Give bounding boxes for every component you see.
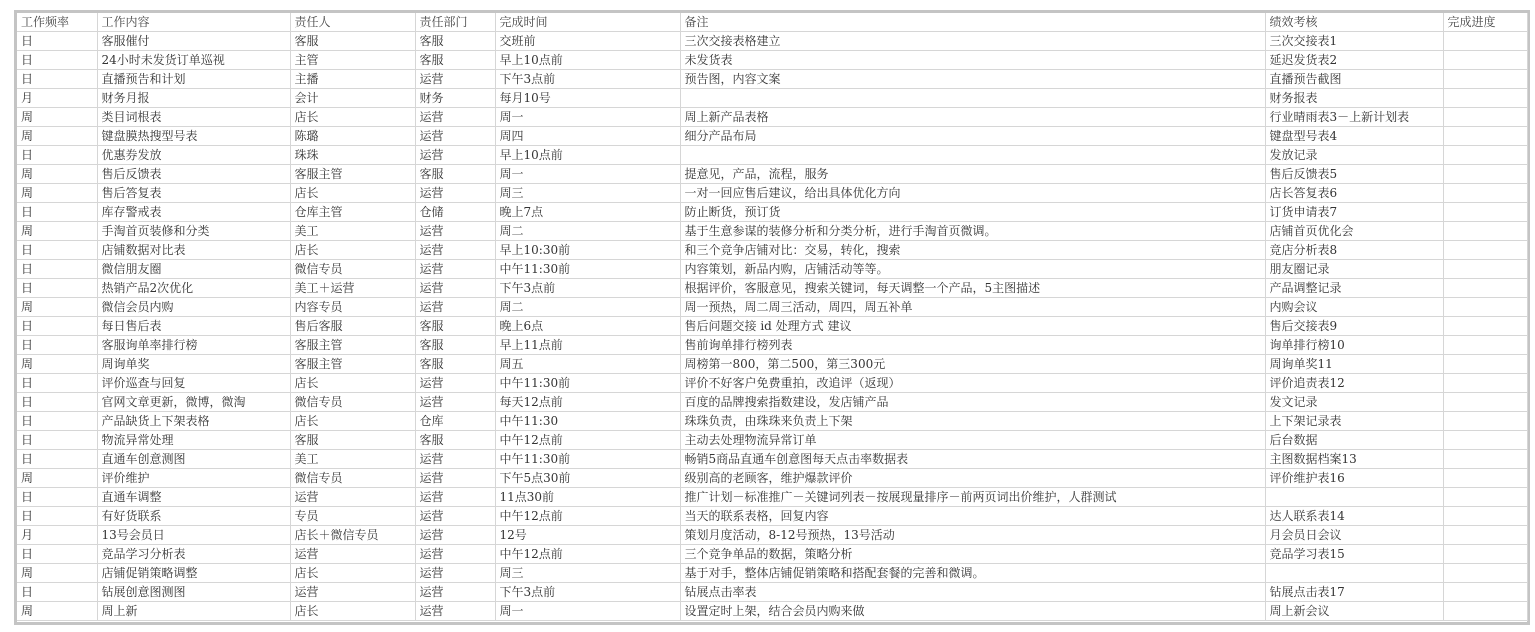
cell-notes[interactable]: 推广计划－标准推广－关键词列表－按展现量排序－前两页词出价维护，人群测试 [680,488,1265,507]
cell-owner[interactable]: 会计 [290,89,415,108]
cell-kpi[interactable]: 周询单奖11 [1265,355,1443,374]
cell-progress[interactable] [1443,488,1527,507]
cell-notes[interactable]: 当天的联系表格，回复内容 [680,507,1265,526]
table-row: 日直播预告和计划主播运营下午3点前预告图，内容文案直播预告截图 [17,70,1527,89]
cell-deadline[interactable]: 每月10号 [495,89,680,108]
cell-department[interactable]: 仓储 [415,203,495,222]
cell-deadline[interactable]: 周一 [495,165,680,184]
table-row: 日产品缺货上下架表格店长仓库中午11:30珠珠负责，由珠珠来负责上下架上下架记录… [17,412,1527,431]
cell-progress[interactable] [1443,564,1527,583]
cell-owner[interactable]: 店长 [290,108,415,127]
cell-department[interactable]: 运营 [415,564,495,583]
cell-kpi[interactable]: 月会员日会议 [1265,526,1443,545]
cell-progress[interactable] [1443,393,1527,412]
cell-task[interactable]: 每日售后表 [97,317,290,336]
cell-kpi[interactable]: 售后反馈表5 [1265,165,1443,184]
cell-owner[interactable]: 运营 [290,545,415,564]
cell-task[interactable]: 微信会员内购 [97,298,290,317]
cell-kpi[interactable]: 直播预告截图 [1265,70,1443,89]
cell-kpi[interactable] [1265,564,1443,583]
table-row: 周店铺促销策略调整店长运营周三基于对手，整体店铺促销策略和搭配套餐的完善和微调。 [17,564,1527,583]
table-row: 周售后反馈表客服主管客服周一提意见，产品，流程，服务售后反馈表5 [17,165,1527,184]
cell-deadline[interactable]: 晚上7点 [495,203,680,222]
cell-task[interactable]: 售后反馈表 [97,165,290,184]
cell-department[interactable]: 客服 [415,32,495,51]
cell-owner[interactable]: 微信专员 [290,469,415,488]
cell-frequency[interactable]: 周 [17,602,97,621]
cell-owner[interactable]: 运营 [290,488,415,507]
cell-kpi[interactable]: 评价追责表12 [1265,374,1443,393]
cell-notes[interactable]: 周榜第一800，第二500，第三300元 [680,355,1265,374]
cell-department[interactable]: 运营 [415,108,495,127]
cell-deadline[interactable]: 周二 [495,222,680,241]
cell-progress[interactable] [1443,184,1527,203]
cell-notes[interactable]: 细分产品布局 [680,127,1265,146]
table-row: 日客服催付客服客服交班前三次交接表格建立三次交接表1 [17,32,1527,51]
cell-kpi[interactable]: 主图数据档案13 [1265,450,1443,469]
cell-notes[interactable] [680,89,1265,108]
cell-department[interactable]: 运营 [415,70,495,89]
cell-notes[interactable]: 根据评价，客服意见，搜索关键词，每天调整一个产品，5主图描述 [680,279,1265,298]
table-row: 日库存警戒表仓库主管仓储晚上7点防止断货，预订货订货申请表7 [17,203,1527,222]
cell-task[interactable]: 直通车调整 [97,488,290,507]
cell-frequency[interactable]: 周 [17,298,97,317]
cell-notes[interactable]: 三个竞争单品的数据，策略分析 [680,545,1265,564]
cell-frequency[interactable]: 日 [17,279,97,298]
cell-task[interactable]: 竞品学习分析表 [97,545,290,564]
table-row: 日24小时未发货订单巡视主管客服早上10点前未发货表延迟发货表2 [17,51,1527,70]
cell-kpi[interactable]: 周上新会议 [1265,602,1443,621]
cell-notes[interactable]: 百度的品牌搜索指数建设，发店铺产品 [680,393,1265,412]
cell-deadline[interactable]: 早上10点前 [495,146,680,165]
table-row: 日微信朋友圈微信专员运营中午11:30前内容策划，新品内购，店铺活动等等。朋友圈… [17,260,1527,279]
cell-owner[interactable]: 主播 [290,70,415,89]
column-header-deadline[interactable]: 完成时间 [495,13,680,32]
table-row: 日热销产品2次优化美工＋运营运营下午3点前根据评价，客服意见，搜索关键词，每天调… [17,279,1527,298]
cell-department[interactable]: 客服 [415,336,495,355]
cell-notes[interactable]: 周上新产品表格 [680,108,1265,127]
cell-progress[interactable] [1443,412,1527,431]
cell-task[interactable]: 评价维护 [97,469,290,488]
column-header-notes[interactable]: 备注 [680,13,1265,32]
cell-owner[interactable]: 专员 [290,507,415,526]
cell-deadline[interactable]: 每天12点前 [495,393,680,412]
cell-owner[interactable]: 客服主管 [290,165,415,184]
cell-kpi[interactable]: 产品调整记录 [1265,279,1443,298]
cell-deadline[interactable]: 中午11:30前 [495,374,680,393]
cell-deadline[interactable]: 中午11:30前 [495,450,680,469]
cell-kpi[interactable]: 订货申请表7 [1265,203,1443,222]
table-row: 周周上新店长运营周一设置定时上架，结合会员内购来做周上新会议 [17,602,1527,621]
cell-owner[interactable]: 店长 [290,412,415,431]
cell-owner[interactable]: 店长 [290,374,415,393]
table-row: 周售后答复表店长运营周三一对一回应售后建议，给出具体优化方向店长答复表6 [17,184,1527,203]
cell-task[interactable]: 评价巡查与回复 [97,374,290,393]
cell-frequency[interactable]: 日 [17,507,97,526]
cell-kpi[interactable]: 竞品学习表15 [1265,545,1443,564]
cell-department[interactable]: 运营 [415,222,495,241]
cell-department[interactable]: 运营 [415,545,495,564]
cell-notes[interactable]: 畅销5商品直通车创意图每天点击率数据表 [680,450,1265,469]
cell-progress[interactable] [1443,602,1527,621]
header-row: 工作频率工作内容责任人责任部门完成时间备注绩效考核完成进度 [17,13,1527,32]
cell-progress[interactable] [1443,32,1527,51]
cell-frequency[interactable]: 日 [17,32,97,51]
cell-notes[interactable]: 一对一回应售后建议，给出具体优化方向 [680,184,1265,203]
cell-deadline[interactable]: 下午3点前 [495,70,680,89]
cell-department[interactable]: 运营 [415,507,495,526]
cell-department[interactable]: 运营 [415,469,495,488]
cell-frequency[interactable]: 日 [17,241,97,260]
cell-frequency[interactable]: 日 [17,146,97,165]
cell-frequency[interactable]: 日 [17,412,97,431]
cell-task[interactable]: 客服询单率排行榜 [97,336,290,355]
cell-notes[interactable]: 防止断货，预订货 [680,203,1265,222]
table-row: 月财务月报会计财务每月10号财务报表 [17,89,1527,108]
cell-owner[interactable]: 珠珠 [290,146,415,165]
cell-frequency[interactable]: 日 [17,450,97,469]
cell-frequency[interactable]: 日 [17,51,97,70]
cell-task[interactable]: 键盘膜热搜型号表 [97,127,290,146]
cell-owner[interactable]: 店长 [290,564,415,583]
cell-kpi[interactable] [1265,488,1443,507]
cell-owner[interactable]: 店长 [290,241,415,260]
cell-notes[interactable] [680,146,1265,165]
cell-task[interactable]: 直播预告和计划 [97,70,290,89]
table-row: 日店铺数据对比表店长运营早上10:30前和三个竞争店铺对比：交易，转化，搜索竞店… [17,241,1527,260]
cell-frequency[interactable]: 周 [17,564,97,583]
cell-task[interactable]: 售后答复表 [97,184,290,203]
cell-frequency[interactable]: 日 [17,336,97,355]
cell-progress[interactable] [1443,469,1527,488]
cell-frequency[interactable]: 周 [17,108,97,127]
cell-kpi[interactable]: 询单排行榜10 [1265,336,1443,355]
cell-progress[interactable] [1443,545,1527,564]
table-row: 日直通车调整运营运营11点30前推广计划－标准推广－关键词列表－按展现量排序－前… [17,488,1527,507]
cell-deadline[interactable]: 下午3点前 [495,279,680,298]
cell-department[interactable]: 客服 [415,355,495,374]
cell-kpi[interactable]: 三次交接表1 [1265,32,1443,51]
cell-kpi[interactable]: 竞店分析表8 [1265,241,1443,260]
cell-deadline[interactable]: 中午12点前 [495,507,680,526]
cell-task[interactable]: 店铺数据对比表 [97,241,290,260]
cell-department[interactable]: 客服 [415,165,495,184]
cell-kpi[interactable]: 发放记录 [1265,146,1443,165]
cell-owner[interactable]: 主管 [290,51,415,70]
cell-department[interactable]: 运营 [415,298,495,317]
cell-progress[interactable] [1443,222,1527,241]
work-schedule-table: 工作频率工作内容责任人责任部门完成时间备注绩效考核完成进度日客服催付客服客服交班… [17,13,1528,621]
cell-task[interactable]: 店铺促销策略调整 [97,564,290,583]
table-row: 周手淘首页装修和分类美工运营周二基于生意参谋的装修分析和分类分析，进行手淘首页微… [17,222,1527,241]
cell-deadline[interactable]: 周一 [495,602,680,621]
cell-department[interactable]: 运营 [415,260,495,279]
cell-notes[interactable]: 周一预热，周二周三活动，周四，周五补单 [680,298,1265,317]
cell-notes[interactable]: 三次交接表格建立 [680,32,1265,51]
cell-progress[interactable] [1443,583,1527,602]
cell-task[interactable]: 周询单奖 [97,355,290,374]
cell-deadline[interactable]: 周一 [495,108,680,127]
cell-frequency[interactable]: 周 [17,184,97,203]
cell-owner[interactable]: 店长 [290,602,415,621]
cell-owner[interactable]: 店长 [290,184,415,203]
cell-department[interactable]: 运营 [415,488,495,507]
cell-task[interactable]: 有好货联系 [97,507,290,526]
table-row: 周周询单奖客服主管客服周五周榜第一800，第二500，第三300元周询单奖11 [17,355,1527,374]
cell-department[interactable]: 客服 [415,431,495,450]
cell-owner[interactable]: 仓库主管 [290,203,415,222]
table-row: 日竞品学习分析表运营运营中午12点前三个竞争单品的数据，策略分析竞品学习表15 [17,545,1527,564]
cell-task[interactable]: 客服催付 [97,32,290,51]
cell-kpi[interactable]: 行业晴雨表3－上新计划表 [1265,108,1443,127]
table-row: 日客服询单率排行榜客服主管客服早上11点前售前询单排行榜列表询单排行榜10 [17,336,1527,355]
cell-deadline[interactable]: 早上10:30前 [495,241,680,260]
cell-notes[interactable]: 基于对手，整体店铺促销策略和搭配套餐的完善和微调。 [680,564,1265,583]
cell-department[interactable]: 运营 [415,146,495,165]
cell-kpi[interactable]: 达人联系表14 [1265,507,1443,526]
table-row: 日有好货联系专员运营中午12点前当天的联系表格，回复内容达人联系表14 [17,507,1527,526]
cell-frequency[interactable]: 周 [17,222,97,241]
cell-progress[interactable] [1443,450,1527,469]
table-row: 日直通车创意测图美工运营中午11:30前畅销5商品直通车创意图每天点击率数据表主… [17,450,1527,469]
cell-task[interactable]: 产品缺货上下架表格 [97,412,290,431]
cell-notes[interactable]: 评价不好客户免费重拍，改追评（返现） [680,374,1265,393]
cell-task[interactable]: 热销产品2次优化 [97,279,290,298]
cell-owner[interactable]: 微信专员 [290,260,415,279]
cell-deadline[interactable]: 周二 [495,298,680,317]
cell-task[interactable]: 官网文章更新，微博，微淘 [97,393,290,412]
cell-frequency[interactable]: 日 [17,488,97,507]
table-row: 日官网文章更新，微博，微淘微信专员运营每天12点前百度的品牌搜索指数建设，发店铺… [17,393,1527,412]
cell-progress[interactable] [1443,374,1527,393]
cell-owner[interactable]: 内容专员 [290,298,415,317]
cell-owner[interactable]: 微信专员 [290,393,415,412]
cell-progress[interactable] [1443,526,1527,545]
cell-task[interactable]: 直通车创意测图 [97,450,290,469]
cell-deadline[interactable]: 周三 [495,184,680,203]
cell-department[interactable]: 运营 [415,526,495,545]
cell-frequency[interactable]: 日 [17,70,97,89]
column-header-kpi[interactable]: 绩效考核 [1265,13,1443,32]
cell-notes[interactable]: 售后问题交接 id 处理方式 建议 [680,317,1265,336]
cell-progress[interactable] [1443,127,1527,146]
cell-notes[interactable]: 主动去处理物流异常订单 [680,431,1265,450]
cell-task[interactable]: 优惠券发放 [97,146,290,165]
cell-kpi[interactable]: 上下架记录表 [1265,412,1443,431]
cell-progress[interactable] [1443,317,1527,336]
cell-kpi[interactable]: 评价维护表16 [1265,469,1443,488]
cell-deadline[interactable]: 下午5点30前 [495,469,680,488]
cell-owner[interactable]: 客服主管 [290,355,415,374]
column-header-department[interactable]: 责任部门 [415,13,495,32]
cell-progress[interactable] [1443,241,1527,260]
cell-progress[interactable] [1443,298,1527,317]
cell-department[interactable]: 运营 [415,583,495,602]
cell-frequency[interactable]: 月 [17,526,97,545]
cell-owner[interactable]: 美工 [290,222,415,241]
cell-task[interactable]: 手淘首页装修和分类 [97,222,290,241]
cell-progress[interactable] [1443,336,1527,355]
cell-deadline[interactable]: 11点30前 [495,488,680,507]
cell-progress[interactable] [1443,203,1527,222]
cell-task[interactable]: 微信朋友圈 [97,260,290,279]
table-row: 周评价维护微信专员运营下午5点30前级别高的老顾客，维护爆款评价评价维护表16 [17,469,1527,488]
cell-kpi[interactable]: 售后交接表9 [1265,317,1443,336]
cell-department[interactable]: 仓库 [415,412,495,431]
cell-department[interactable]: 运营 [415,241,495,260]
cell-kpi[interactable]: 朋友圈记录 [1265,260,1443,279]
cell-kpi[interactable]: 店铺首页优化会 [1265,222,1443,241]
cell-kpi[interactable]: 延迟发货表2 [1265,51,1443,70]
cell-progress[interactable] [1443,260,1527,279]
cell-progress[interactable] [1443,146,1527,165]
cell-frequency[interactable]: 日 [17,317,97,336]
cell-deadline[interactable]: 中午11:30 [495,412,680,431]
cell-task[interactable]: 库存警戒表 [97,203,290,222]
cell-deadline[interactable]: 中午12点前 [495,545,680,564]
cell-frequency[interactable]: 月 [17,89,97,108]
cell-deadline[interactable]: 周三 [495,564,680,583]
cell-frequency[interactable]: 日 [17,374,97,393]
cell-kpi[interactable]: 后台数据 [1265,431,1443,450]
cell-notes[interactable]: 内容策划，新品内购，店铺活动等等。 [680,260,1265,279]
cell-notes[interactable]: 售前询单排行榜列表 [680,336,1265,355]
cell-frequency[interactable]: 周 [17,355,97,374]
cell-notes[interactable]: 提意见，产品，流程，服务 [680,165,1265,184]
cell-department[interactable]: 运营 [415,184,495,203]
cell-frequency[interactable]: 周 [17,127,97,146]
table-row: 周键盘膜热搜型号表陈璐运营周四细分产品布局键盘型号表4 [17,127,1527,146]
cell-notes[interactable]: 和三个竞争店铺对比：交易，转化，搜索 [680,241,1265,260]
cell-frequency[interactable]: 周 [17,165,97,184]
cell-owner[interactable]: 客服 [290,32,415,51]
cell-frequency[interactable]: 日 [17,583,97,602]
cell-notes[interactable]: 钻展点击率表 [680,583,1265,602]
cell-deadline[interactable]: 周四 [495,127,680,146]
cell-kpi[interactable]: 店长答复表6 [1265,184,1443,203]
cell-department[interactable]: 运营 [415,602,495,621]
cell-kpi[interactable]: 内购会议 [1265,298,1443,317]
column-header-task[interactable]: 工作内容 [97,13,290,32]
cell-notes[interactable]: 设置定时上架，结合会员内购来做 [680,602,1265,621]
cell-deadline[interactable]: 中午11:30前 [495,260,680,279]
cell-progress[interactable] [1443,355,1527,374]
cell-kpi[interactable]: 财务报表 [1265,89,1443,108]
cell-owner[interactable]: 陈璐 [290,127,415,146]
table-row: 日物流异常处理客服客服中午12点前主动去处理物流异常订单后台数据 [17,431,1527,450]
cell-task[interactable]: 类目词根表 [97,108,290,127]
cell-owner[interactable]: 客服主管 [290,336,415,355]
cell-notes[interactable]: 预告图，内容文案 [680,70,1265,89]
cell-deadline[interactable]: 早上11点前 [495,336,680,355]
cell-deadline[interactable]: 晚上6点 [495,317,680,336]
table-row: 日钻展创意图测图运营运营下午3点前钻展点击率表钻展点击表17 [17,583,1527,602]
table-row: 周微信会员内购内容专员运营周二周一预热，周二周三活动，周四，周五补单内购会议 [17,298,1527,317]
cell-progress[interactable] [1443,89,1527,108]
column-header-frequency[interactable]: 工作频率 [17,13,97,32]
cell-owner[interactable]: 客服 [290,431,415,450]
cell-frequency[interactable]: 日 [17,260,97,279]
cell-notes[interactable]: 珠珠负责，由珠珠来负责上下架 [680,412,1265,431]
cell-department[interactable]: 客服 [415,51,495,70]
cell-notes[interactable]: 基于生意参谋的装修分析和分类分析，进行手淘首页微调。 [680,222,1265,241]
cell-department[interactable]: 运营 [415,393,495,412]
cell-owner[interactable]: 售后客服 [290,317,415,336]
column-header-owner[interactable]: 责任人 [290,13,415,32]
cell-progress[interactable] [1443,70,1527,89]
cell-kpi[interactable]: 钻展点击表17 [1265,583,1443,602]
cell-kpi[interactable]: 发文记录 [1265,393,1443,412]
cell-owner[interactable]: 美工＋运营 [290,279,415,298]
cell-frequency[interactable]: 日 [17,545,97,564]
cell-department[interactable]: 运营 [415,127,495,146]
cell-progress[interactable] [1443,165,1527,184]
cell-task[interactable]: 物流异常处理 [97,431,290,450]
cell-frequency[interactable]: 周 [17,469,97,488]
cell-task[interactable]: 周上新 [97,602,290,621]
table-row: 月13号会员日店长＋微信专员运营12号策划月度活动，8-12号预热，13号活动月… [17,526,1527,545]
table-row: 日评价巡查与回复店长运营中午11:30前评价不好客户免费重拍，改追评（返现）评价… [17,374,1527,393]
cell-progress[interactable] [1443,279,1527,298]
cell-task[interactable]: 财务月报 [97,89,290,108]
cell-progress[interactable] [1443,108,1527,127]
spreadsheet: 工作频率工作内容责任人责任部门完成时间备注绩效考核完成进度日客服催付客服客服交班… [14,10,1530,625]
table-row: 日每日售后表售后客服客服晚上6点售后问题交接 id 处理方式 建议售后交接表9 [17,317,1527,336]
cell-frequency[interactable]: 日 [17,393,97,412]
cell-notes[interactable]: 级别高的老顾客，维护爆款评价 [680,469,1265,488]
cell-department[interactable]: 运营 [415,374,495,393]
cell-owner[interactable]: 运营 [290,583,415,602]
cell-department[interactable]: 运营 [415,279,495,298]
cell-owner[interactable]: 美工 [290,450,415,469]
cell-owner[interactable]: 店长＋微信专员 [290,526,415,545]
cell-notes[interactable]: 策划月度活动，8-12号预热，13号活动 [680,526,1265,545]
cell-kpi[interactable]: 键盘型号表4 [1265,127,1443,146]
column-header-progress[interactable]: 完成进度 [1443,13,1527,32]
cell-task[interactable]: 13号会员日 [97,526,290,545]
cell-task[interactable]: 钻展创意图测图 [97,583,290,602]
cell-task[interactable]: 24小时未发货订单巡视 [97,51,290,70]
cell-deadline[interactable]: 12号 [495,526,680,545]
cell-deadline[interactable]: 周五 [495,355,680,374]
cell-department[interactable]: 运营 [415,450,495,469]
table-row: 周类目词根表店长运营周一周上新产品表格行业晴雨表3－上新计划表 [17,108,1527,127]
table-row: 日优惠券发放珠珠运营早上10点前发放记录 [17,146,1527,165]
cell-progress[interactable] [1443,507,1527,526]
cell-frequency[interactable]: 日 [17,431,97,450]
cell-progress[interactable] [1443,431,1527,450]
cell-department[interactable]: 客服 [415,317,495,336]
cell-progress[interactable] [1443,51,1527,70]
cell-notes[interactable]: 未发货表 [680,51,1265,70]
cell-deadline[interactable]: 下午3点前 [495,583,680,602]
cell-deadline[interactable]: 早上10点前 [495,51,680,70]
cell-department[interactable]: 财务 [415,89,495,108]
cell-frequency[interactable]: 日 [17,203,97,222]
cell-deadline[interactable]: 中午12点前 [495,431,680,450]
cell-deadline[interactable]: 交班前 [495,32,680,51]
